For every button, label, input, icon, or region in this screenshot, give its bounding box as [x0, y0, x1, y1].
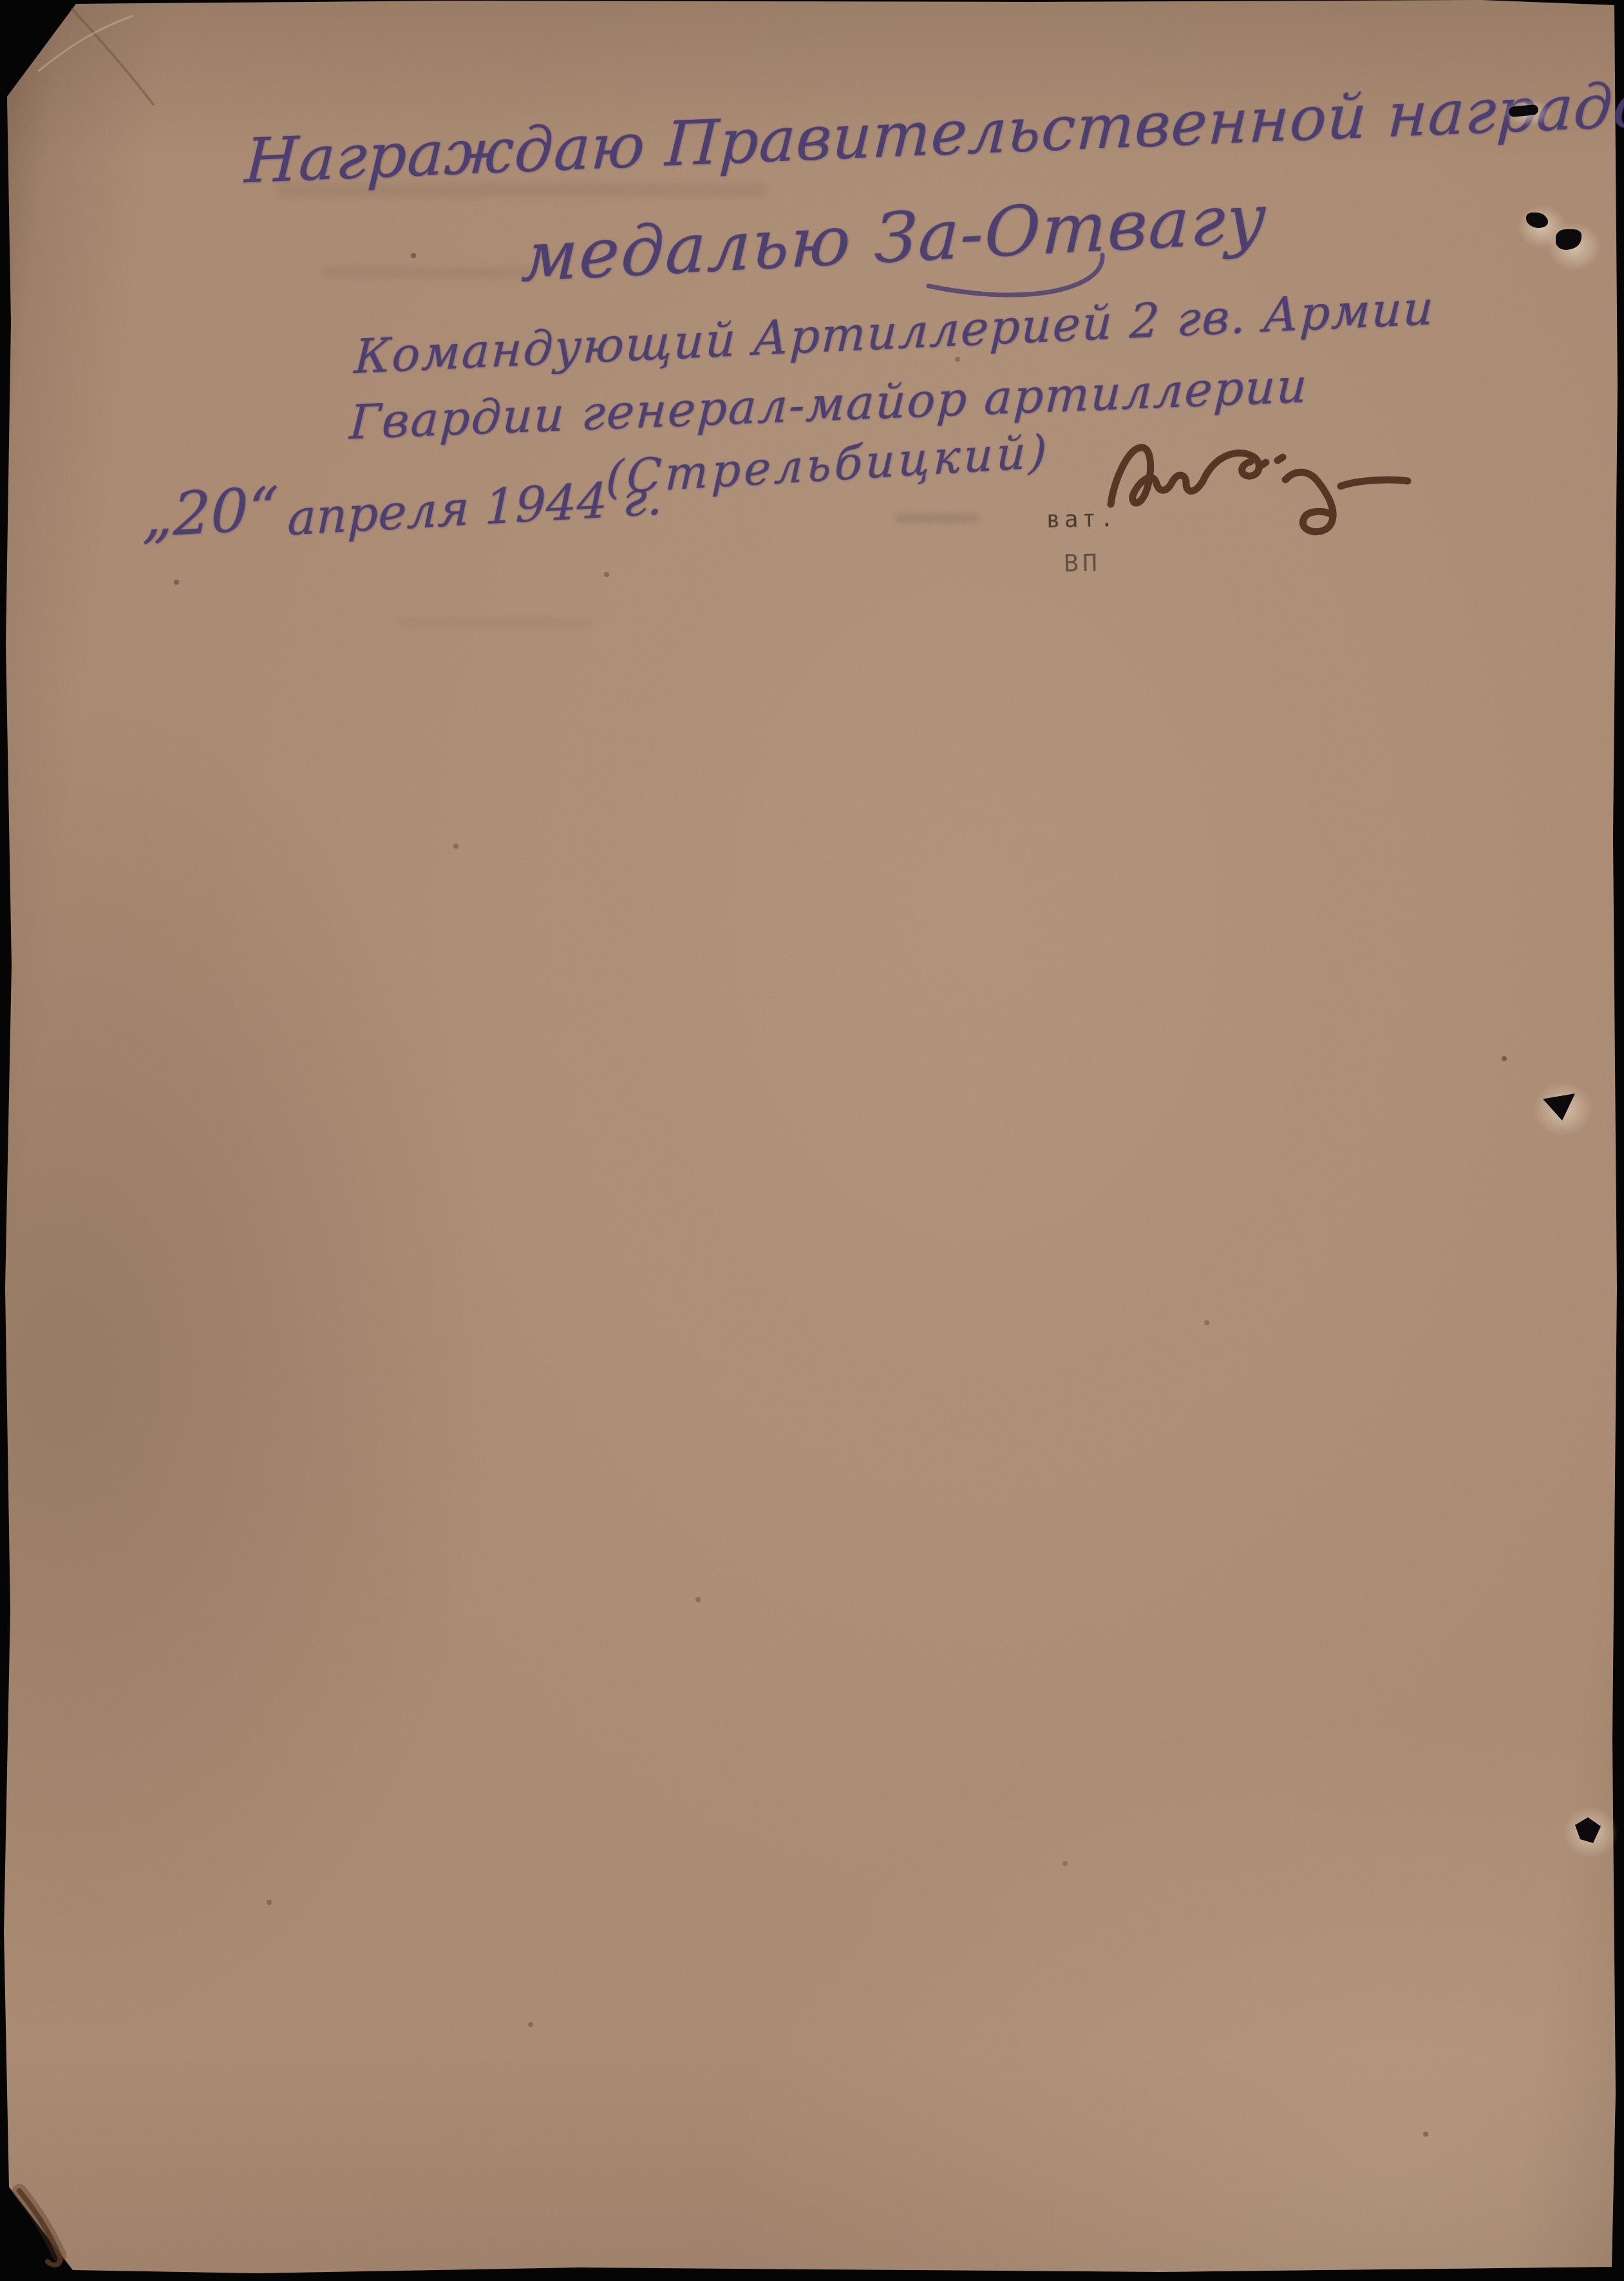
bleed-through-smudge: [399, 618, 592, 627]
paper-specks: [0, 0, 3, 3]
document-photo: { "colors": { "scanner_background": "#05…: [0, 0, 1624, 2281]
date-day: „20“: [142, 474, 279, 551]
stamp-text-line-2: ВП: [1064, 548, 1102, 577]
bleed-through-smudge: [895, 514, 979, 523]
stamp-text-line-1: ват.: [1046, 506, 1118, 533]
bleed-through-smudge: [322, 267, 534, 278]
